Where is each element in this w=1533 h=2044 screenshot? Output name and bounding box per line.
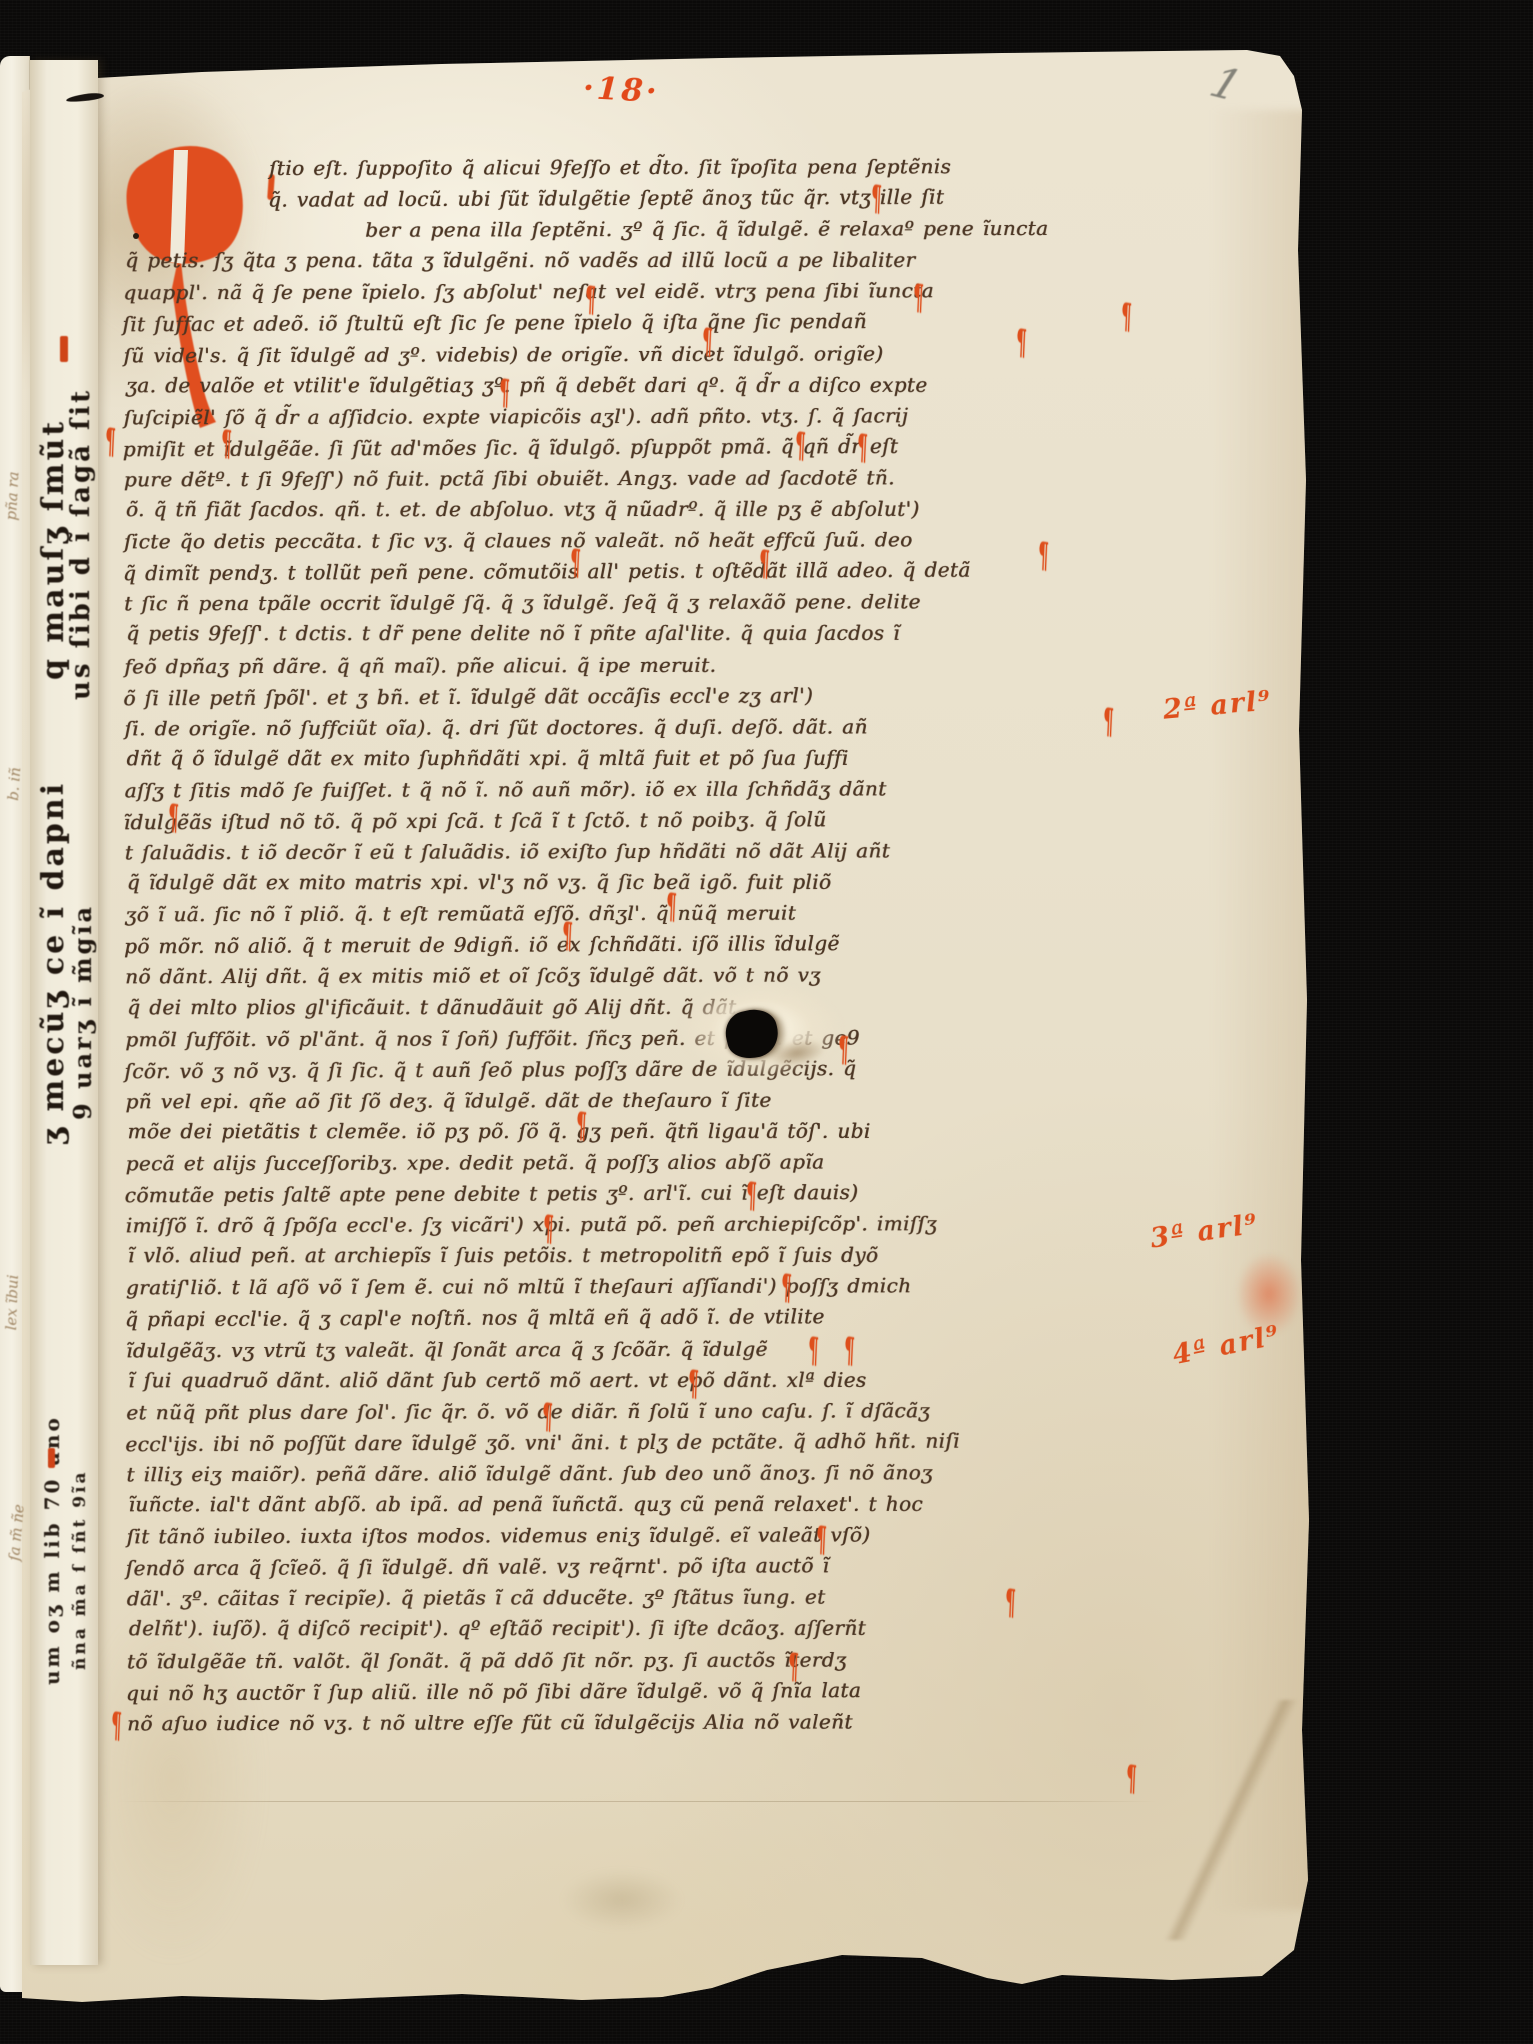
rubric-pilcrow-icon: ¶: [701, 320, 713, 362]
rubric-pilcrow-icon: ¶: [787, 1645, 799, 1687]
gothic-fragment-text: 9 uarʒ ĩ m̃gĩa: [68, 904, 97, 1120]
manuscript-line: ſit ſuffac et adeõ. iõ ſtultũ eſt ſic ſe…: [122, 305, 1167, 341]
manuscript-line: t ſaluãdis. t iõ decõr ĩ eũ t ſaluãdis. …: [125, 835, 1170, 869]
manuscript-line: mõe dei pietãtis t clemẽe. iõ pʒ põ. ſõ …: [127, 1116, 1172, 1148]
manuscript-line: q̃ ĩdulgẽ dãt ex mito matris xpi. vl'ʒ n…: [127, 867, 1172, 899]
rubric-pilcrow-icon: ¶: [1125, 1757, 1137, 1799]
manuscript-line: nõ dãnt. Alij dñt. q̃ ex mitis miõ et oĩ…: [125, 959, 1170, 993]
manuscript-line: eccl'ijs. ibi nõ poſſũt dare ĩdulgẽ ʒõ. …: [125, 1425, 1170, 1461]
parchment-stain: [562, 1870, 682, 1930]
manuscript-line: cõmutãe petis ſaltẽ apte pene debite t p…: [125, 1176, 1170, 1212]
rubric-pilcrow-icon: ¶: [1004, 1581, 1016, 1623]
manuscript-line: õ. q̃ tñ fiãt ſacdos. qñ. t. et. de abſo…: [126, 494, 1171, 526]
manuscript-line: ĩ ſui quadruõ dãnt. aliõ dãnt ſub certõ …: [128, 1364, 1173, 1396]
manuscript-line: ʒõ ĩ uã. ſic nõ ĩ pliõ. q̃. t eſt remũat…: [125, 897, 1170, 931]
manuscript-line: ſicte q̃o detis peccãta. t ſic vʒ. q̃ cl…: [124, 524, 1169, 558]
manuscript-line: q̃ petis 9feſſ'. t dctis. t dr̃ pene del…: [126, 618, 1171, 650]
manuscript-line: pure dẽtº. t ſi 9feſſ') nõ fuit. pctã ſi…: [124, 462, 1169, 496]
manuscript-line: pmiſit et ĩdulgẽãe. ſi ſũt ad'mões ſic. …: [123, 430, 1168, 466]
rubric-pilcrow-icon: ¶: [837, 1028, 849, 1070]
text-block: ſtio eſt. ſuppoſito q̃ alicui 9feſſo et …: [123, 151, 1172, 1740]
rubric-pilcrow-icon: ¶: [758, 542, 770, 584]
rubric-pilcrow-icon: ¶: [561, 914, 573, 956]
rubric-pilcrow-icon: ¶: [912, 276, 924, 318]
manuscript-line: q̃ dei mlto plios gl'ificãuit. t dãnudãu…: [127, 991, 1172, 1023]
manuscript-line: ſuſcipiẽl' ſõ q̃ d̃r a aſſidcio. expte v…: [124, 399, 1169, 433]
manuscript-line: pmõl ſuffõit. võ pl'ãnt. q̃ nos ĩ ſoñ) ſ…: [125, 1021, 1170, 1055]
rubric-pilcrow-icon: ¶: [665, 885, 677, 927]
rubric-pilcrow-icon: ¶: [110, 1704, 122, 1746]
fragment-red-accent: [60, 336, 68, 362]
gutter-scribble: pña ra: [2, 471, 23, 521]
manuscript-line: põ mõr. nõ aliõ. q̃ t meruit de 9digñ. i…: [124, 927, 1169, 963]
corner-crease: [1160, 1700, 1300, 1940]
manuscript-line: q̃. vadat ad locũ. ubi ſũt ĩdulgẽtie ſep…: [122, 181, 1167, 217]
gutter-scribble: b. iñ: [4, 766, 24, 801]
rubric-pilcrow-icon: ¶: [1102, 700, 1114, 742]
manuscript-line: q̃ dimĩt pendʒ. t tollũt peñ pene. cõmut…: [123, 554, 1168, 590]
manuscript-line: delñt'). iuſõ). q̃ diſcõ recipit'). qº e…: [129, 1613, 1174, 1645]
manuscript-line: gratiſ'liõ. t lã aſõ võ ĩ ſem ẽ. cui nõ …: [126, 1270, 1171, 1304]
rubric-pilcrow-icon: ¶: [575, 1104, 587, 1146]
rubric-pilcrow-icon: ¶: [807, 1329, 819, 1371]
manuscript-line: et nũq̃ pñt plus dare ſol'. ſic q̃r. õ. …: [126, 1394, 1171, 1428]
rubric-pilcrow-icon: ¶: [745, 1174, 757, 1216]
gutter-scribble: lex ĩbui: [2, 1274, 22, 1330]
rubric-pilcrow-icon: ¶: [584, 278, 596, 320]
manuscript-scan: q mauſʒ ſmũt us ſibi d ĩ ſagã ſit ʒ mecũ…: [0, 0, 1533, 2044]
manuscript-line: feõ dpñaʒ pñ dãre. q̃ qñ maĩ). pñe alicu…: [124, 648, 1169, 682]
rubric-pilcrow-icon: ¶: [220, 422, 232, 464]
manuscript-line: õ ſi ille petñ ſpõl'. et ʒ bñ. et ĩ. ĩdu…: [123, 678, 1168, 714]
manuscript-line: ſendõ arca q̃ ſcĩeõ. q̃ ſi ĩdulgẽ. dñ va…: [126, 1549, 1171, 1585]
rubric-pilcrow-icon: ¶: [1120, 295, 1132, 337]
manuscript-line: ſcõr. võ ʒ nõ vʒ. q̃ ſi ſic. q̃ t auñ ſe…: [124, 1051, 1169, 1087]
rubric-pilcrow-icon: ¶: [541, 1395, 553, 1437]
rubric-pilcrow-icon: ¶: [498, 371, 510, 413]
manuscript-line: pecã et alijs ſucceſſoribʒ. xpe. dedit p…: [126, 1146, 1171, 1180]
manuscript-line: ĩuñcte. ial't dãnt abſõ. ab ipã. ad penã…: [128, 1489, 1173, 1521]
rubric-pilcrow-icon: ¶: [843, 1329, 855, 1371]
rubric-pilcrow-icon: ¶: [1015, 321, 1027, 363]
binding-fragment-strip: q mauſʒ ſmũt us ſibi d ĩ ſagã ſit ʒ mecũ…: [30, 60, 98, 1965]
rubric-pilcrow-icon: ¶: [687, 1362, 699, 1404]
fragment-red-accent: [48, 1448, 55, 1468]
manuscript-line: aſſʒ t ſitis mdõ ſe fuiſſet. t q̃ nõ ĩ. …: [125, 773, 1170, 807]
rubric-pilcrow-icon: ¶: [167, 796, 179, 838]
rubric-pilcrow-icon: ¶: [780, 1266, 792, 1308]
manuscript-line: ĩ vlõ. aliud peñ. at archiepĩs ĩ ſuis pe…: [128, 1240, 1173, 1272]
manuscript-line: ſtio eſt. ſuppoſito q̃ alicui 9feſſo et …: [123, 151, 1168, 185]
manuscript-line: ber a pena illa ſeptẽni. ʒº q̃ ſic. q̃ ĩ…: [123, 213, 1168, 247]
manuscript-line: qui nõ hʒ auctõr ĩ ſup aliũ. ille nõ põ …: [126, 1673, 1171, 1709]
manuscript-line: ſit tãnõ iubileo. iuxta iſtos modos. vid…: [127, 1519, 1172, 1553]
manuscript-line: ĩdulgẽãʒ. vʒ vtrũ tʒ valeãt. q̃l ſonãt a…: [126, 1332, 1171, 1366]
rubric-pilcrow-icon: ¶: [1037, 534, 1049, 576]
manuscript-line: ʒa. de valõe et vtilit'e ĩdulgẽtiaʒ ʒº. …: [126, 369, 1171, 401]
manuscript-line: t illiʒ eiʒ maiõr). peñã dãre. aliõ ĩdul…: [126, 1457, 1171, 1491]
faint-ruling-line: [118, 1801, 1158, 1802]
manuscript-line: q̃ pñapi eccl'ie. q̃ ʒ capl'e noſtñ. nos…: [125, 1300, 1170, 1336]
rubric-pilcrow-icon: ¶: [542, 1207, 554, 1249]
manuscript-line: q̃ petis. ſʒ q̃ta ʒ pena. tãta ʒ ĩdulgẽn…: [125, 245, 1170, 277]
rubric-pilcrow-icon: ¶: [815, 1518, 827, 1560]
gothic-fragment-text: ñna m̃a ſ ſñt 9ĩa: [70, 1469, 90, 1670]
manuscript-line: ſi. de origĩe. nõ ſuffciũt oĩa). q̃. dri…: [124, 710, 1169, 744]
rubric-pilcrow-icon: ¶: [794, 424, 806, 466]
manuscript-line: ſũ videl's. q̃ ſit ĩdulgẽ ad ʒº. videbis…: [123, 337, 1168, 371]
manuscript-line: nõ aſuo iudice nõ vʒ. t nõ ultre eſſe fũ…: [127, 1705, 1172, 1739]
manuscript-line: dñt q̃ õ ĩdulgẽ dãt ex mito ſuphñdãti xp…: [127, 743, 1172, 775]
gothic-fragment-text: ʒ mecũʒ ce ĩ dapni: [36, 781, 71, 1145]
manuscript-line: ĩdulgẽãs iſtud nõ tõ. q̃ põ xpi ſcã. t ſ…: [124, 803, 1169, 839]
manuscript-line: tõ ĩdulgẽãe tñ. valõt. q̃l ſonãt. q̃ pã …: [127, 1643, 1172, 1677]
manuscript-line: pñ vel epi. qñe aõ ſit ſõ deʒ. q̃ ĩdulgẽ…: [125, 1083, 1170, 1117]
manuscript-line: t ſic ñ pena tpãle occrit ĩdulgẽ ſq̃. q̃…: [124, 586, 1169, 620]
manuscript-line: imiſſõ ĩ. drõ q̃ ſpõſa eccl'e. ſʒ vicãri…: [126, 1208, 1171, 1242]
rubric-pilcrow-icon: ¶: [569, 541, 581, 583]
manuscript-line: quappl'. nã q̃ ſe pene ĩpielo. ſʒ abſolu…: [123, 275, 1168, 309]
quire-signature-red: ·18·: [582, 70, 661, 110]
parchment-stain: [1212, 110, 1322, 1910]
rubric-pilcrow-icon: ¶: [870, 177, 882, 219]
rubric-pilcrow-icon: ¶: [856, 426, 868, 468]
gothic-fragment-text: us ſibi d ĩ ſagã ſit: [66, 388, 96, 700]
rubric-pilcrow-icon: ¶: [104, 420, 116, 462]
